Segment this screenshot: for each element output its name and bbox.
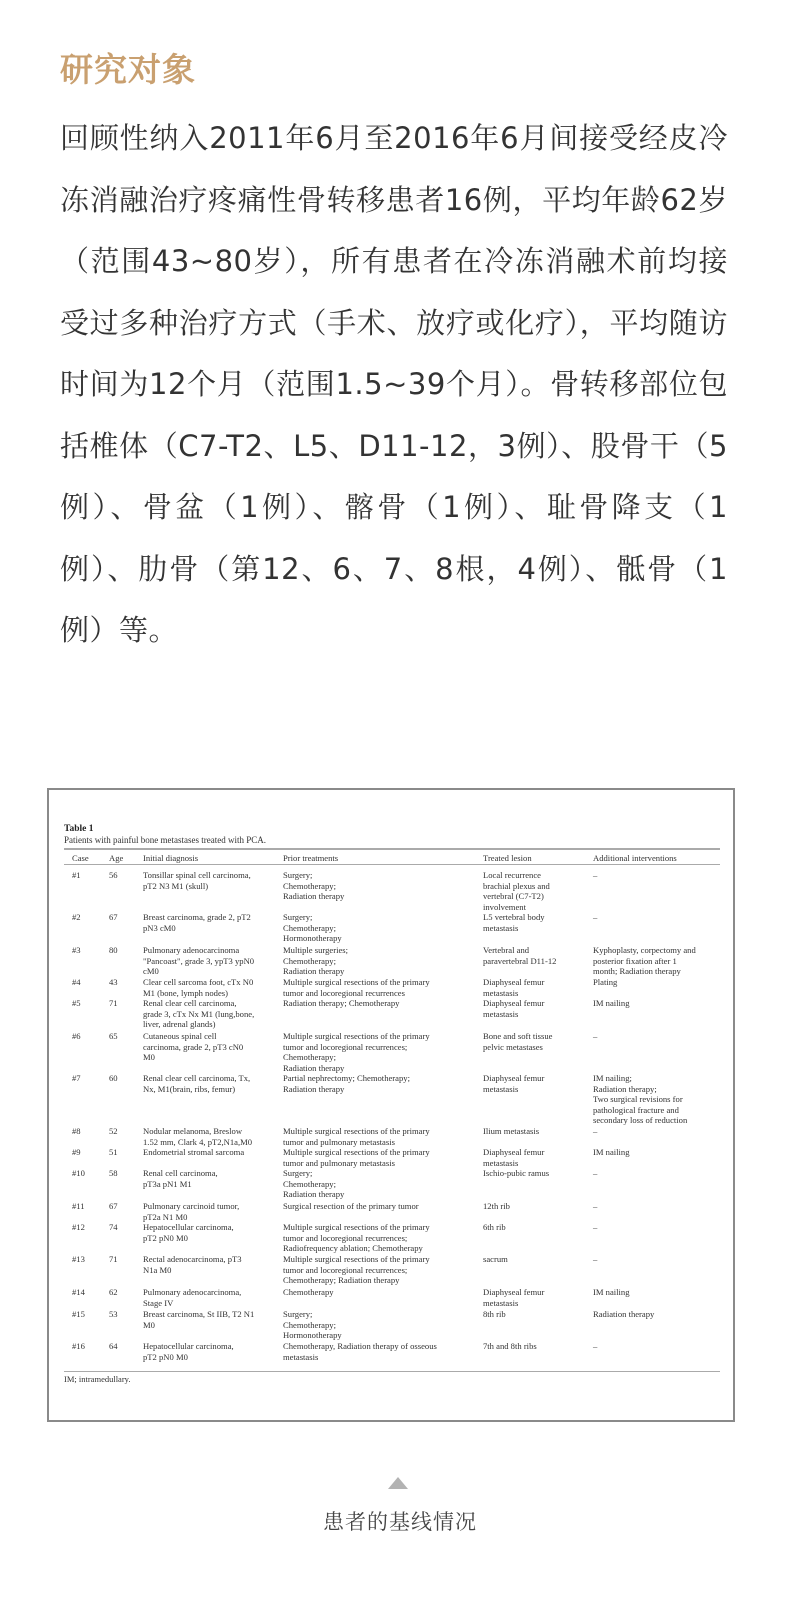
cell-lesion: L5 vertebral body metastasis [483, 912, 583, 933]
cell-diagnosis: Nodular melanoma, Breslow 1.52 mm, Clark… [143, 1126, 278, 1147]
header-diagnosis: Initial diagnosis [143, 853, 278, 864]
cell-lesion: Diaphyseal femur metastasis [483, 1073, 583, 1094]
cell-prior: Multiple surgical resections of the prim… [283, 1147, 473, 1168]
cell-age: 67 [109, 1201, 139, 1212]
cell-case: #3 [72, 945, 102, 956]
cell-additional: Plating [593, 977, 718, 988]
cell-prior: Chemotherapy [283, 1287, 473, 1298]
cell-diagnosis: Renal clear cell carcinoma, Tx, Nx, M1(b… [143, 1073, 278, 1094]
cell-additional: Kyphoplasty, corpectomy and posterior fi… [593, 945, 718, 977]
cell-age: 58 [109, 1168, 139, 1179]
cell-age: 74 [109, 1222, 139, 1233]
cell-additional: – [593, 1031, 718, 1042]
cell-lesion: Vertebral and paravertebral D11-12 [483, 945, 583, 966]
cell-age: 67 [109, 912, 139, 923]
cell-prior: Multiple surgical resections of the prim… [283, 1254, 473, 1286]
cell-diagnosis: Endometrial stromal sarcoma [143, 1147, 278, 1158]
cell-case: #4 [72, 977, 102, 988]
cell-case: #13 [72, 1254, 102, 1265]
header-prior: Prior treatments [283, 853, 473, 864]
cell-additional: – [593, 1126, 718, 1137]
cell-diagnosis: Renal cell carcinoma, pT3a pN1 M1 [143, 1168, 278, 1189]
cell-diagnosis: Tonsillar spinal cell carcinoma, pT2 N3 … [143, 870, 278, 891]
cell-additional: – [593, 912, 718, 923]
cell-case: #5 [72, 998, 102, 1009]
cell-prior: Radiation therapy; Chemotherapy [283, 998, 473, 1009]
cell-age: 43 [109, 977, 139, 988]
cell-case: #15 [72, 1309, 102, 1320]
cell-age: 60 [109, 1073, 139, 1084]
cell-additional: IM nailing; Radiation therapy; Two surgi… [593, 1073, 718, 1126]
cell-diagnosis: Pulmonary carcinoid tumor, pT2a N1 M0 [143, 1201, 278, 1222]
header-additional: Additional interventions [593, 853, 718, 864]
cell-lesion: Diaphyseal femur metastasis [483, 1147, 583, 1168]
cell-prior: Surgery; Chemotherapy; Radiation therapy [283, 870, 473, 902]
cell-diagnosis: Rectal adenocarcinoma, pT3 N1a M0 [143, 1254, 278, 1275]
cell-case: #7 [72, 1073, 102, 1084]
header-age: Age [109, 853, 139, 864]
table-image: Table 1 Patients with painful bone metas… [47, 788, 735, 1422]
cell-case: #6 [72, 1031, 102, 1042]
cell-additional: – [593, 1254, 718, 1265]
cell-diagnosis: Cutaneous spinal cell carcinoma, grade 2… [143, 1031, 278, 1063]
cell-prior: Surgical resection of the primary tumor [283, 1201, 473, 1212]
cell-case: #2 [72, 912, 102, 923]
cell-additional: Radiation therapy [593, 1309, 718, 1320]
cell-lesion: Local recurrence brachial plexus and ver… [483, 870, 583, 912]
cell-age: 71 [109, 1254, 139, 1265]
cell-diagnosis: Hepatocellular carcinoma, pT2 pN0 M0 [143, 1341, 278, 1362]
cell-prior: Multiple surgical resections of the prim… [283, 1222, 473, 1254]
table-caption: Patients with painful bone metastases tr… [64, 835, 266, 845]
section-heading: 研究对象 [60, 44, 196, 91]
cell-age: 65 [109, 1031, 139, 1042]
table-header-rule [64, 864, 720, 865]
cell-lesion: 7th and 8th ribs [483, 1341, 583, 1352]
figure-caption: 患者的基线情况 [0, 1506, 800, 1536]
cell-lesion: Ilium metastasis [483, 1126, 583, 1137]
cell-lesion: Diaphyseal femur metastasis [483, 998, 583, 1019]
cell-case: #12 [72, 1222, 102, 1233]
cell-age: 52 [109, 1126, 139, 1137]
cell-diagnosis: Breast carcinoma, St IIB, T2 N1 M0 [143, 1309, 278, 1330]
cell-case: #1 [72, 870, 102, 881]
cell-lesion: sacrum [483, 1254, 583, 1265]
cell-prior: Multiple surgical resections of the prim… [283, 977, 473, 998]
cell-diagnosis: Renal clear cell carcinoma, grade 3, cTx… [143, 998, 278, 1030]
cell-prior: Surgery; Chemotherapy; Hormonotherapy [283, 1309, 473, 1341]
cell-additional: – [593, 1168, 718, 1179]
cell-prior: Multiple surgical resections of the prim… [283, 1126, 473, 1147]
cell-lesion: 6th rib [483, 1222, 583, 1233]
cell-diagnosis: Pulmonary adenocarcinoma "Pancoast", gra… [143, 945, 278, 977]
cell-prior: Multiple surgical resections of the prim… [283, 1031, 473, 1073]
cell-additional: – [593, 1201, 718, 1212]
cell-lesion: 8th rib [483, 1309, 583, 1320]
table-top-rule [64, 848, 720, 850]
cell-lesion: Ischio-pubic ramus [483, 1168, 583, 1179]
cell-lesion: 12th rib [483, 1201, 583, 1212]
cell-diagnosis: Breast carcinoma, grade 2, pT2 pN3 cM0 [143, 912, 278, 933]
cell-case: #11 [72, 1201, 102, 1212]
cell-prior: Surgery; Chemotherapy; Hormonotherapy [283, 912, 473, 944]
cell-additional: IM nailing [593, 1287, 718, 1298]
cell-case: #16 [72, 1341, 102, 1352]
header-case: Case [72, 853, 102, 864]
cell-prior: Partial nephrectomy; Chemotherapy; Radia… [283, 1073, 473, 1094]
cell-lesion: Diaphyseal femur metastasis [483, 977, 583, 998]
cell-diagnosis: Clear cell sarcoma foot, cTx N0 M1 (bone… [143, 977, 278, 998]
cell-case: #10 [72, 1168, 102, 1179]
cell-age: 64 [109, 1341, 139, 1352]
table-title: Table 1 [64, 824, 93, 834]
cell-case: #14 [72, 1287, 102, 1298]
cell-prior: Chemotherapy, Radiation therapy of osseo… [283, 1341, 473, 1362]
cell-additional: IM nailing [593, 998, 718, 1009]
header-lesion: Treated lesion [483, 853, 583, 864]
section-paragraph: 回顾性纳入2011年6月至2016年6月间接受经皮冷冻消融治疗疼痛性骨转移患者1… [60, 108, 728, 662]
cell-age: 51 [109, 1147, 139, 1158]
cell-age: 80 [109, 945, 139, 956]
triangle-up-icon [388, 1477, 408, 1489]
cell-diagnosis: Hepatocellular carcinoma, pT2 pN0 M0 [143, 1222, 278, 1243]
cell-diagnosis: Pulmonary adenocarcinoma, Stage IV [143, 1287, 278, 1308]
cell-case: #9 [72, 1147, 102, 1158]
cell-additional: IM nailing [593, 1147, 718, 1158]
cell-lesion: Bone and soft tissue pelvic metastases [483, 1031, 583, 1052]
cell-case: #8 [72, 1126, 102, 1137]
cell-additional: – [593, 1341, 718, 1352]
table-footnote: IM; intramedullary. [64, 1374, 131, 1384]
table-bottom-rule [64, 1371, 720, 1372]
cell-lesion: Diaphyseal femur metastasis [483, 1287, 583, 1308]
cell-additional: – [593, 1222, 718, 1233]
cell-age: 62 [109, 1287, 139, 1298]
cell-prior: Multiple surgeries; Chemotherapy; Radiat… [283, 945, 473, 977]
cell-additional: – [593, 870, 718, 881]
cell-age: 56 [109, 870, 139, 881]
cell-age: 71 [109, 998, 139, 1009]
cell-prior: Surgery; Chemotherapy; Radiation therapy [283, 1168, 473, 1200]
cell-age: 53 [109, 1309, 139, 1320]
